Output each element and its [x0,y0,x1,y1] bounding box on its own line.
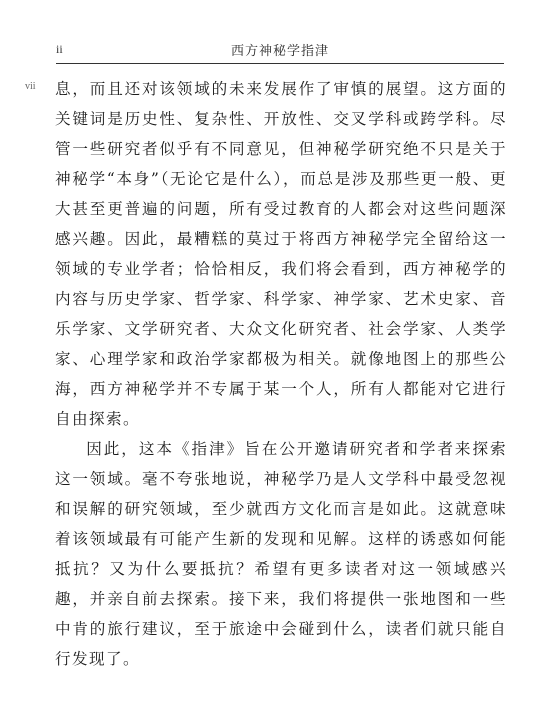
paragraph-2: 因此，这本《指津》旨在公开邀请研究者和学者来探索这一领域。毫不夸张地说，神秘学乃… [55,434,507,674]
running-head: ii 西方神秘学指津 [56,40,504,62]
paragraph-1: 息，而且还对该领域的未来发展作了审慎的展望。这方面的关键词是历史性、复杂性、开放… [55,74,507,434]
margin-page-reference: vii [25,81,36,92]
book-title: 西方神秘学指津 [56,40,504,59]
book-page: ii 西方神秘学指津 vii 息，而且还对该领域的未来发展作了审慎的展望。这方面… [0,0,538,717]
body-text: 息，而且还对该领域的未来发展作了审慎的展望。这方面的关键词是历史性、复杂性、开放… [55,74,507,674]
header-rule [56,63,504,64]
